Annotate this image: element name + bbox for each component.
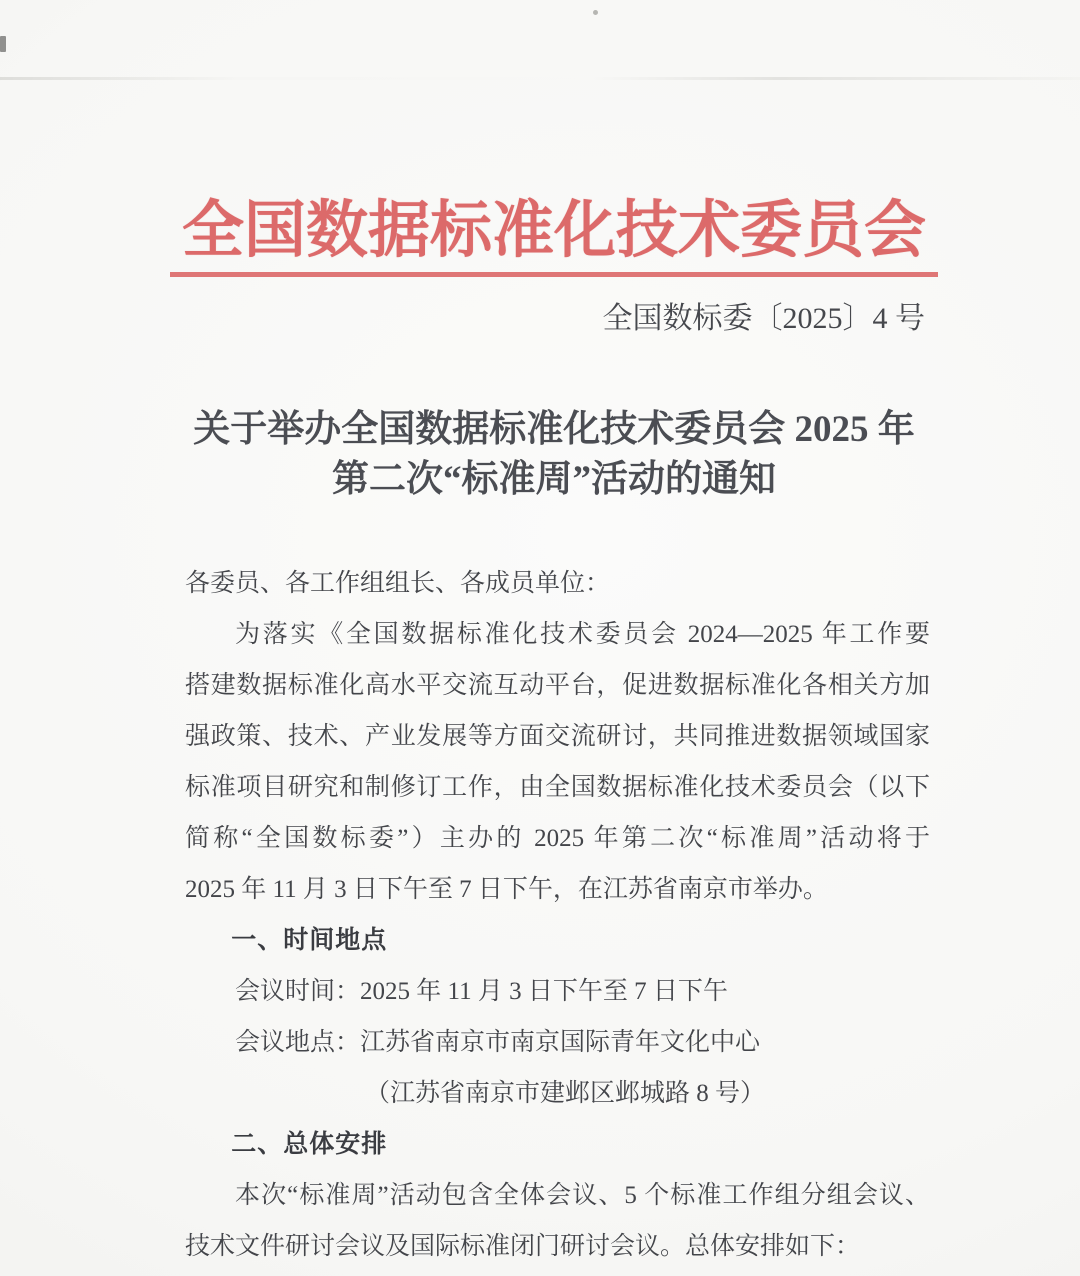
- notice-title: 关于举办全国数据标准化技术委员会 2025 年 第二次“标准周”活动的通知: [170, 405, 938, 505]
- scan-artifact-speck: [0, 36, 6, 52]
- body-line: 技术文件研讨会议及国际标准闭门研讨会议。总体安排如下：: [185, 1221, 930, 1272]
- org-name-header: 全国数据标准化技术委员会: [170, 191, 938, 271]
- meeting-place-line: 会议地点：江苏省南京市南京国际青年文化中心: [185, 1017, 930, 1068]
- notice-title-line2: 第二次“标准周”活动的通知: [170, 455, 938, 505]
- body-line: 为落实《全国数据标准化技术委员会 2024—2025 年工作要点》，: [185, 609, 930, 660]
- meeting-address-line: （江苏省南京市建邺区邺城路 8 号）: [185, 1068, 930, 1119]
- notice-body: 各委员、各工作组组长、各成员单位： 为落实《全国数据标准化技术委员会 2024—…: [185, 558, 930, 1272]
- body-line: 强政策、技术、产业发展等方面交流研讨，共同推进数据领域国家: [185, 711, 930, 762]
- document-sheet: 全国数据标准化技术委员会 全国数标委〔2025〕4 号 关于举办全国数据标准化技…: [170, 0, 938, 1276]
- body-line: 2025 年 11 月 3 日下午至 7 日下午，在江苏省南京市举办。: [185, 864, 930, 915]
- doc-number: 全国数标委〔2025〕4 号: [170, 298, 938, 340]
- red-header-rule: [170, 272, 938, 277]
- body-line: 搭建数据标准化高水平交流互动平台，促进数据标准化各相关方加: [185, 660, 930, 711]
- scanned-notice-page: 全国数据标准化技术委员会 全国数标委〔2025〕4 号 关于举办全国数据标准化技…: [0, 0, 1080, 1276]
- body-line: 简称“全国数标委”）主办的 2025 年第二次“标准周”活动将于: [185, 813, 930, 864]
- notice-title-line1: 关于举办全国数据标准化技术委员会 2025 年: [170, 405, 938, 455]
- section2-heading: 二、总体安排: [185, 1119, 930, 1170]
- body-line: 标准项目研究和制修订工作，由全国数据标准化技术委员会（以下: [185, 762, 930, 813]
- body-line: 本次“标准周”活动包含全体会议、5 个标准工作组分组会议、: [185, 1170, 930, 1221]
- salutation-line: 各委员、各工作组组长、各成员单位：: [185, 558, 930, 609]
- meeting-time-line: 会议时间：2025 年 11 月 3 日下午至 7 日下午: [185, 966, 930, 1017]
- section1-heading: 一、时间地点: [185, 915, 930, 966]
